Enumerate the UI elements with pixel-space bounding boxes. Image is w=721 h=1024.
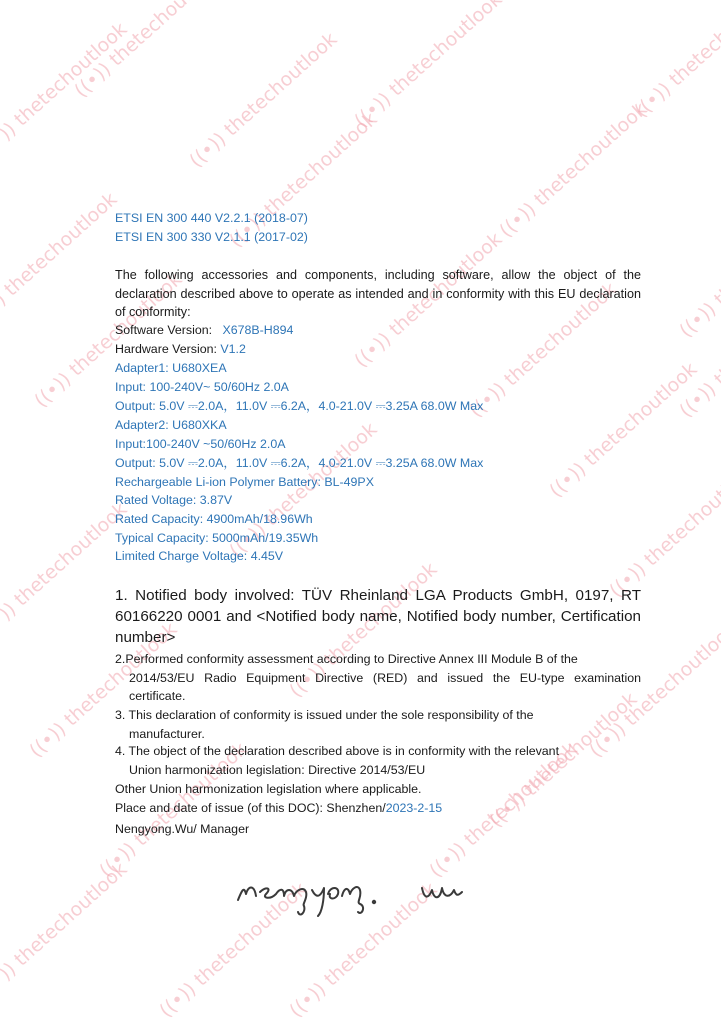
intro-paragraph: The following accessories and components… — [115, 266, 641, 322]
hardware-label: Hardware Version: — [115, 342, 217, 356]
watermark: ((•)) thetechoutlook — [690, 320, 721, 342]
item4-continuation: Union harmonization legislation: Directi… — [115, 761, 641, 780]
other-legislation: Other Union harmonization legislation wh… — [115, 780, 422, 798]
watermark: ((•)) thetechoutlook — [200, 150, 390, 172]
watermark: ((•)) thetechoutlook — [170, 1000, 360, 1022]
notified-body-item: 1. Notified body involved: TÜV Rheinland… — [115, 585, 641, 648]
adapter2-output: Output: 5.0V ⎓2.0A，11.0V ⎓6.2A，4.0-21.0V… — [115, 454, 483, 472]
rated-capacity: Rated Capacity: 4900mAh/18.96Wh — [115, 510, 313, 528]
standard-etsi-300-330: ETSI EN 300 330 V2.1.1 (2017-02) — [115, 228, 308, 246]
responsibility-item: 3. This declaration of conformity is iss… — [115, 706, 641, 743]
watermark: ((•)) thetechoutlook — [510, 220, 700, 242]
watermark: ((•)) thetechoutlook — [480, 400, 670, 422]
watermark: ((•)) thetechoutlook — [0, 980, 180, 1002]
declaration-page: ((•)) thetechoutlook((•)) thetechoutlook… — [0, 0, 721, 1024]
watermark: ((•)) thetechoutlook — [690, 400, 721, 422]
item2-continuation: 2014/53/EU Radio Equipment Directive (RE… — [115, 669, 641, 706]
item3-first-line: 3. This declaration of conformity is iss… — [115, 708, 534, 722]
adapter1-input: Input: 100-240V~ 50/60Hz 2.0A — [115, 378, 289, 396]
adapter2-name: Adapter2: U680XKA — [115, 416, 227, 434]
software-version: Software Version: X678B-H894 — [115, 321, 293, 339]
battery-model: Rechargeable Li-ion Polymer Battery: BL-… — [115, 473, 374, 491]
watermark: ((•)) thetechoutlook — [645, 100, 721, 122]
issue-date: 2023-2-15 — [386, 801, 443, 815]
watermark: ((•)) thetechoutlook — [500, 810, 690, 832]
handwritten-signature — [232, 860, 512, 920]
adapter2-input: Input:100-240V ~50/60Hz 2.0A — [115, 435, 286, 453]
item2-first-line: 2.Performed conformity assessment accord… — [115, 652, 578, 666]
item3-continuation: manufacturer. — [115, 725, 641, 744]
watermark: ((•)) thetechoutlook — [365, 110, 555, 132]
watermark: ((•)) thetechoutlook — [560, 480, 721, 502]
hardware-value: V1.2 — [220, 342, 246, 356]
watermark: ((•)) thetechoutlook — [85, 80, 275, 102]
place-label: Place and date of issue (of this DOC): S… — [115, 801, 386, 815]
watermark: ((•)) thetechoutlook — [0, 140, 180, 162]
software-label: Software Version: — [115, 323, 212, 337]
rated-voltage: Rated Voltage: 3.87V — [115, 491, 232, 509]
limited-charge-voltage: Limited Charge Voltage: 4.45V — [115, 547, 283, 565]
adapter1-name: Adapter1: U680XEA — [115, 359, 227, 377]
conformity-assessment-item: 2.Performed conformity assessment accord… — [115, 650, 641, 706]
software-value: X678B-H894 — [222, 323, 293, 337]
place-and-date: Place and date of issue (of this DOC): S… — [115, 799, 442, 817]
standard-etsi-300-440: ETSI EN 300 440 V2.2.1 (2018-07) — [115, 209, 308, 227]
typical-capacity: Typical Capacity: 5000mAh/19.35Wh — [115, 529, 318, 547]
harmonization-item: 4. The object of the declaration describ… — [115, 742, 641, 779]
adapter1-output: Output: 5.0V ⎓2.0A，11.0V ⎓6.2A，4.0-21.0V… — [115, 397, 483, 415]
item4-first-line: 4. The object of the declaration describ… — [115, 744, 559, 758]
watermark: ((•)) thetechoutlook — [300, 1000, 490, 1022]
hardware-version: Hardware Version: V1.2 — [115, 340, 246, 358]
watermark: ((•)) thetechoutlook — [365, 350, 555, 372]
signatory: Nengyong.Wu/ Manager — [115, 820, 249, 838]
